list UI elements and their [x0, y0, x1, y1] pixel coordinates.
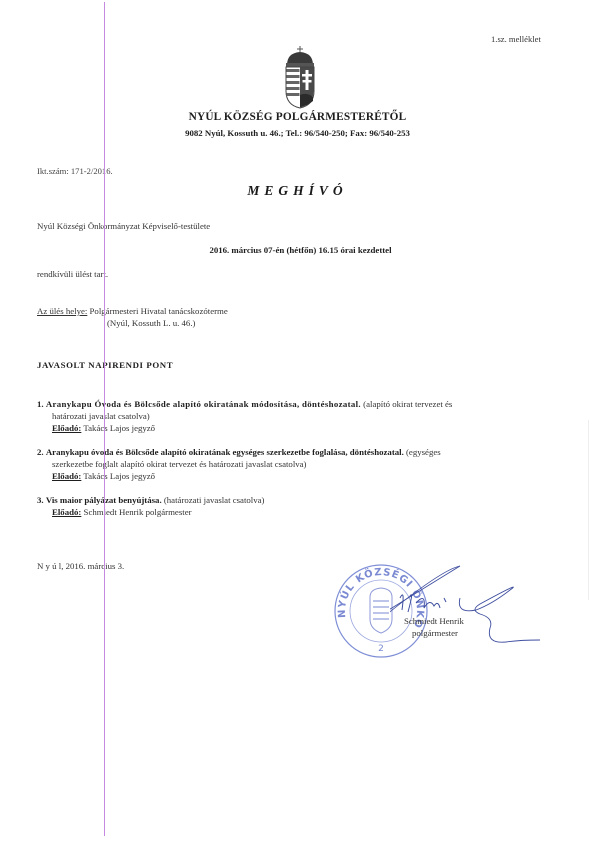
coat-of-arms-icon: [281, 45, 319, 109]
agenda-item-3: 3. Vis maior pályázat benyújtása. (határ…: [37, 495, 264, 505]
agenda-item-note: (egységes: [406, 447, 441, 457]
place-date: N y ú l, 2016. március 3.: [37, 561, 124, 571]
presenter-label: Előadó:: [52, 471, 81, 481]
agenda-item-note: (alapító okirat tervezet és: [363, 399, 452, 409]
body-name: Nyúl Községi Önkormányzat Képviselő-test…: [37, 221, 210, 231]
agenda-item-number: 3.: [37, 495, 44, 505]
session-type: rendkívüli ülést tart.: [37, 269, 108, 279]
agenda-item-presenter: Előadó: Schmiedt Henrik polgármester: [52, 507, 192, 517]
agenda-item-1: 1. Aranykapu Óvoda és Bölcsőde alapító o…: [37, 399, 452, 409]
agenda-heading: JAVASOLT NAPIRENDI PONT: [37, 360, 173, 370]
venue-label: Az ülés helye:: [37, 306, 87, 316]
venue: Az ülés helye: Polgármesteri Hivatal tan…: [37, 306, 228, 316]
meeting-datetime: 2016. március 07-én (hétfőn) 16.15 órai …: [0, 245, 595, 255]
agenda-item-title: Aranykapu Óvoda és Bölcsőde alapító okir…: [46, 399, 361, 409]
agenda-item-number: 2.: [37, 447, 44, 457]
svg-text:2: 2: [378, 644, 384, 654]
org-title: NYÚL KÖZSÉG POLGÁRMESTERÉTŐL: [0, 111, 595, 123]
agenda-item-2: 2. Aranykapu óvoda és Bölcsőde alapító o…: [37, 447, 441, 457]
agenda-item-note-cont: szerkezetbe foglalt alapító okirat terve…: [52, 459, 307, 469]
org-address: 9082 Nyúl, Kossuth u. 46.; Tel.: 96/540-…: [0, 128, 595, 138]
presenter-label: Előadó:: [52, 423, 81, 433]
agenda-item-note: (határozati javaslat csatolva): [164, 495, 265, 505]
signer-title: polgármester: [412, 628, 458, 638]
presenter-name: Schmiedt Henrik polgármester: [84, 507, 192, 517]
page-title: MEGHÍVÓ: [0, 183, 595, 199]
presenter-name: Takács Lajos jegyző: [83, 423, 155, 433]
venue-address: (Nyúl, Kossuth L. u. 46.): [107, 318, 195, 328]
reference-number: Ikt.szám: 171-2/2016.: [37, 166, 113, 176]
scan-edge: [588, 420, 589, 600]
signer-name: Schmiedt Henrik: [404, 616, 464, 626]
agenda-item-number: 1.: [37, 399, 44, 409]
presenter-label: Előadó:: [52, 507, 81, 517]
annex-label: 1.sz. melléklet: [491, 34, 541, 44]
presenter-name: Takács Lajos jegyző: [83, 471, 155, 481]
venue-place: Polgármesteri Hivatal tanácskozóterme: [90, 306, 228, 316]
agenda-item-title: Aranykapu óvoda és Bölcsőde alapító okir…: [46, 447, 404, 457]
margin-line: [104, 2, 105, 836]
agenda-item-note-cont: határozati javaslat csatolva): [52, 411, 150, 421]
